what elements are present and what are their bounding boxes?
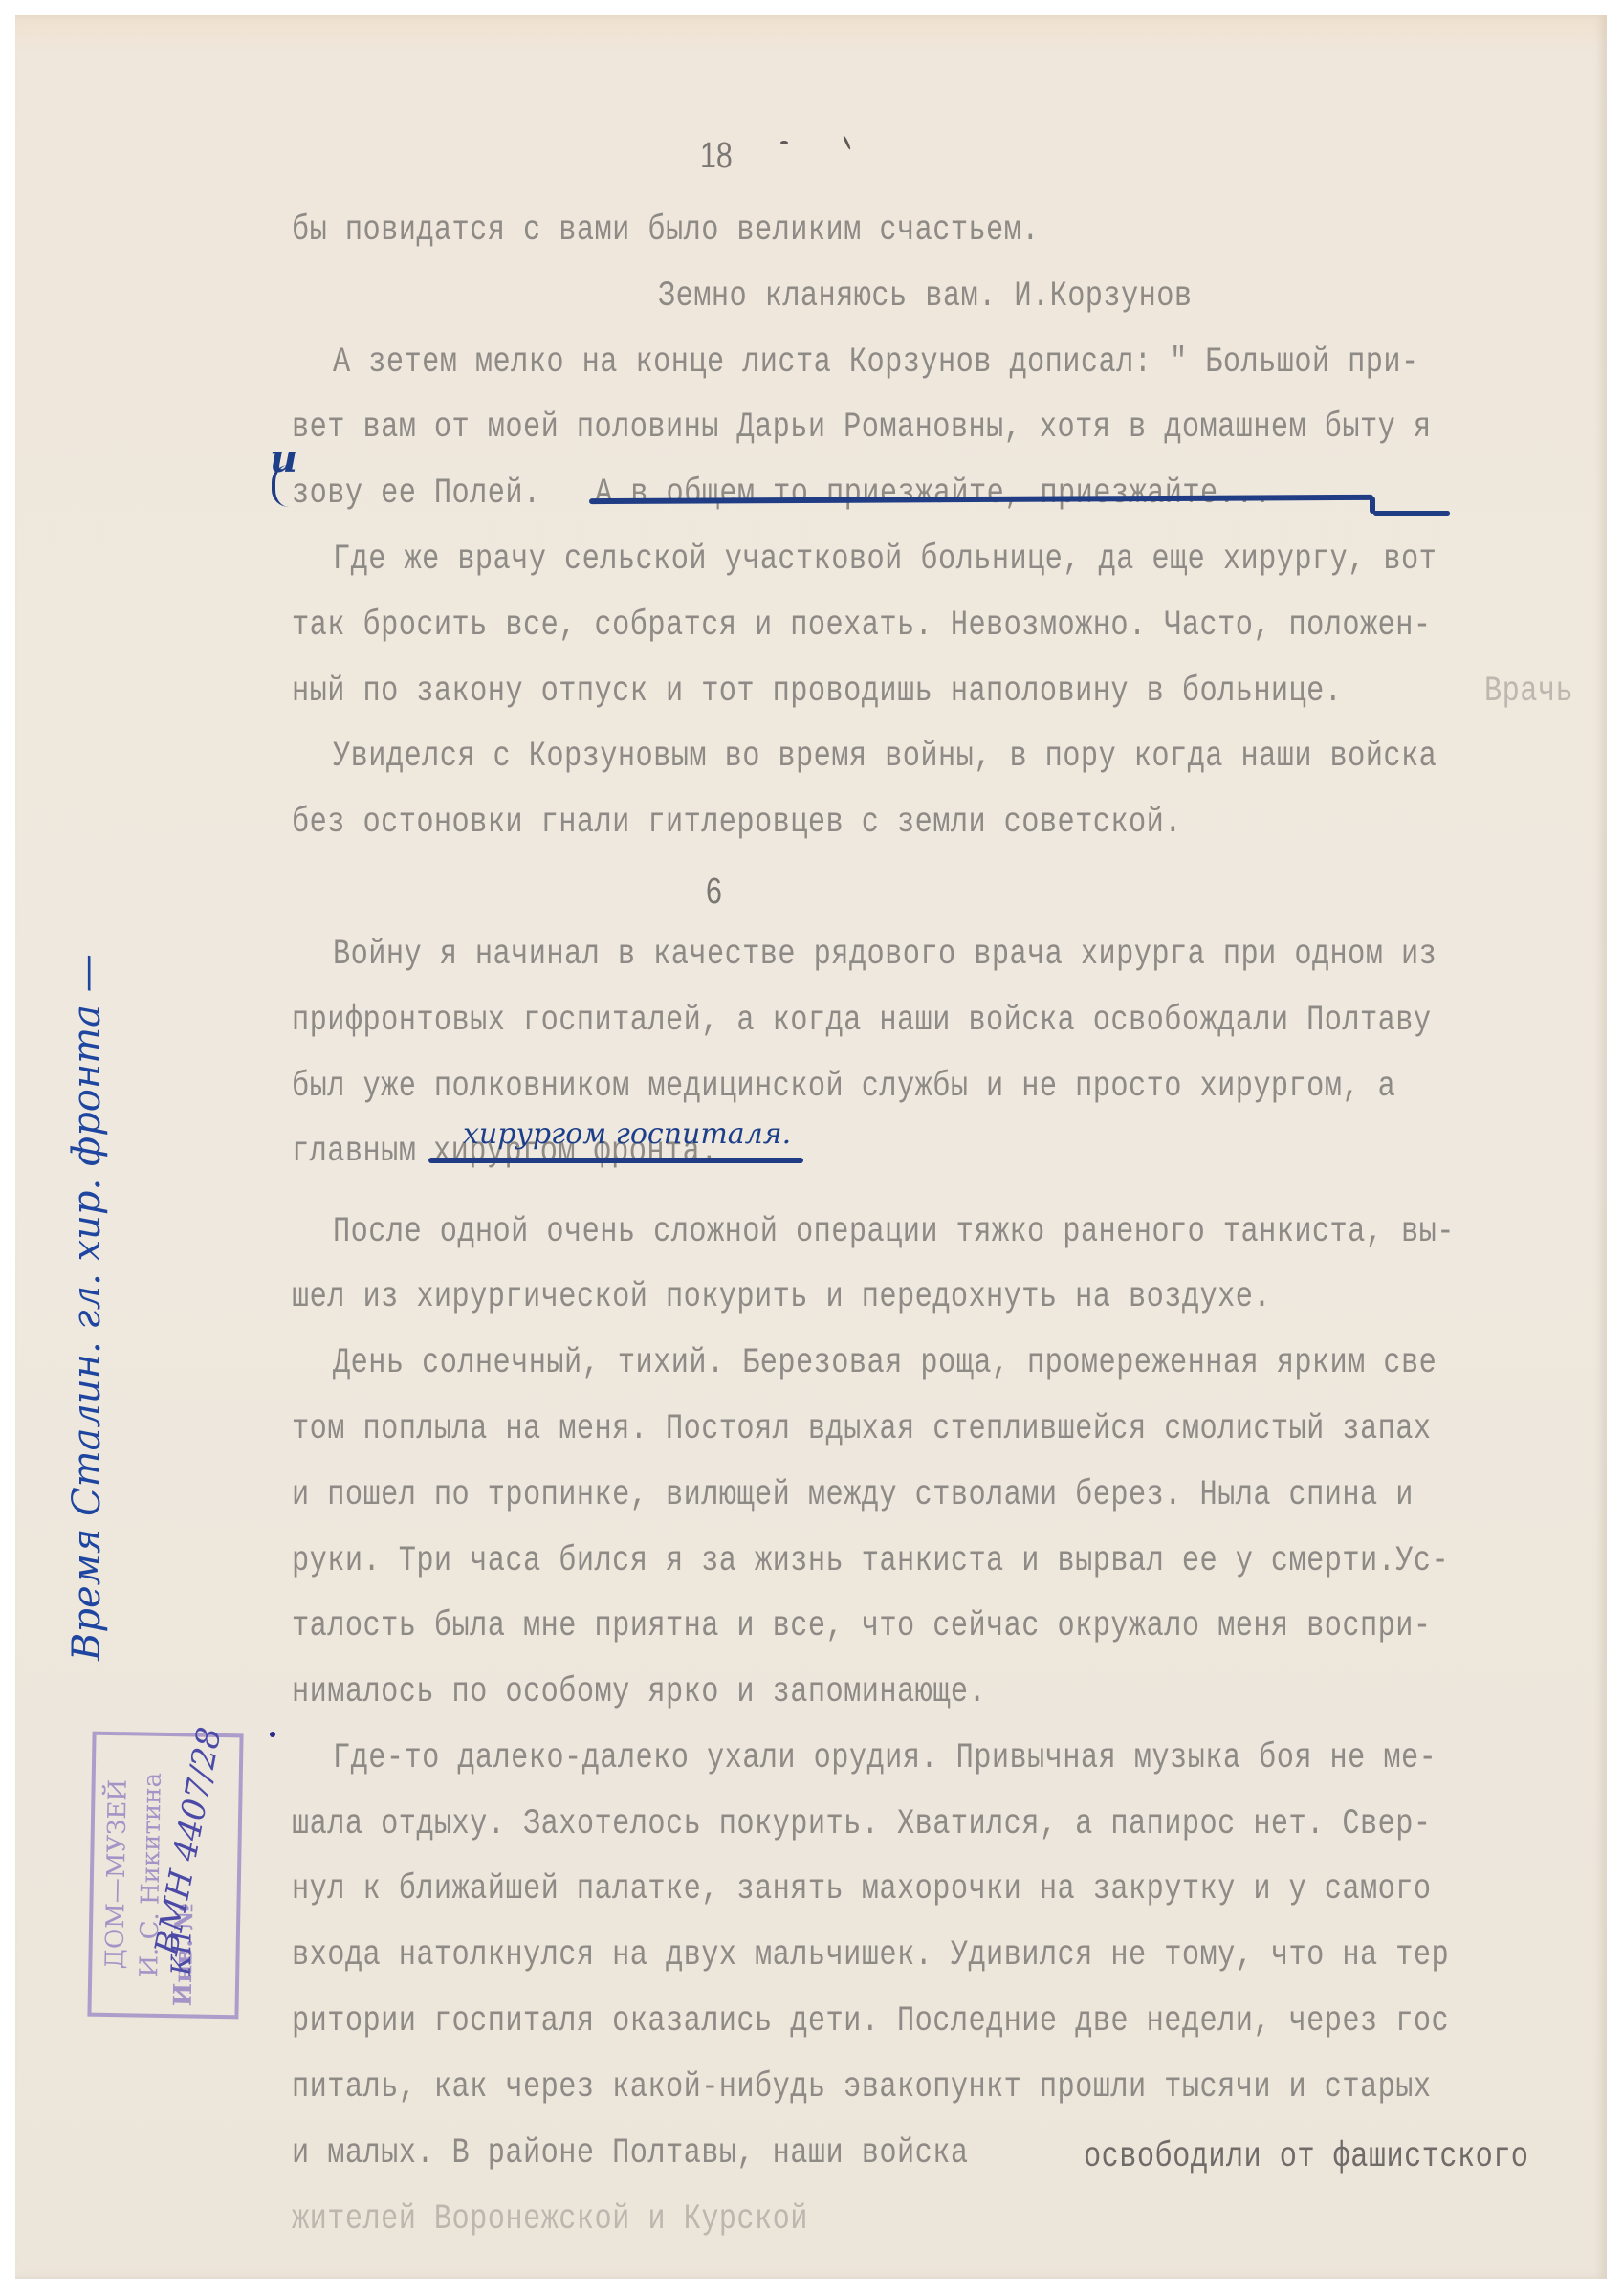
ink-strikethrough-tail	[1373, 511, 1450, 516]
overtyped-text: освободили от фашистского	[1084, 2140, 1528, 2175]
paper-speck	[780, 141, 788, 144]
faded-typed-line: жителей Воронежской и Курской	[292, 2202, 808, 2238]
struck-typed-text: А в общем то приезжайте, приезжайте...	[595, 476, 1271, 512]
document-page: 18 бы повидатся с вами было великим счас…	[15, 15, 1607, 2279]
typed-line: главным	[292, 1135, 416, 1170]
typed-line: талость была мне приятна и все, что сейч…	[292, 1609, 1431, 1645]
typed-line: нималось по особому ярко и запоминающе.	[292, 1675, 986, 1711]
typed-line: руки. Три часа бился я за жизнь танкиста…	[292, 1544, 1449, 1579]
typed-line: и малых. В районе Полтавы, наши войска	[292, 2136, 968, 2172]
typed-line: Где-то далеко-далеко ухали орудия. Привы…	[333, 1741, 1437, 1777]
paper-speck	[270, 1732, 275, 1737]
typed-line: прифронтовых госпиталей, а когда наши во…	[292, 1004, 1431, 1039]
typed-line: бы повидатся с вами было великим счастье…	[292, 213, 1040, 249]
typed-line: был уже полковником медицинской службы и…	[292, 1070, 1395, 1105]
signature-line: Земно кланяюсь вам. И.Корзунов	[658, 279, 1193, 315]
typed-line: День солнечный, тихий. Березовая роща, п…	[333, 1346, 1437, 1381]
typed-line: шала отдыху. Захотелось покурить. Хватил…	[292, 1807, 1431, 1843]
paper-speck	[843, 135, 851, 150]
ink-bracket	[272, 465, 293, 507]
typed-line: Увиделся с Корзуновым во время войны, в …	[333, 740, 1437, 775]
section-number: 6	[706, 872, 722, 913]
margin-handwritten-note: Время Сталин. гл. хир. фронта —	[65, 954, 109, 1661]
typed-line: ритории госпиталя оказались дети. Послед…	[292, 2004, 1449, 2040]
faded-typed-word: Врачь	[1484, 674, 1573, 710]
ink-strikethrough	[428, 1158, 803, 1163]
typed-line: нул к ближайшей палатке, занять махорочк…	[292, 1872, 1431, 1908]
typed-line: без остоновки гнали гитлеровцев с земли …	[292, 806, 1182, 841]
page-number: 18	[700, 136, 733, 177]
typed-line: ный по закону отпуск и тот проводишь нап…	[292, 674, 1342, 710]
museum-stamp: ДОМ—МУЗЕЙ И. С. Никитина Инв. № КП ВМН 4…	[87, 1732, 243, 2020]
typed-line: и пошел по тропинке, вилющей между ствол…	[292, 1478, 1414, 1513]
typed-line: питаль, как через какой-нибудь эвакопунк…	[292, 2070, 1431, 2106]
typed-line: вет вам от моей половины Дарьи Романовны…	[292, 410, 1431, 446]
typed-line: шел из хирургической покурить и передохн…	[292, 1280, 1271, 1315]
typed-line: А зетем мелко на конце листа Корзунов до…	[333, 345, 1419, 381]
typed-line: зову ее Полей.	[292, 476, 541, 512]
typed-line: После одной очень сложной операции тяжко…	[333, 1215, 1455, 1250]
typed-line: входа натолкнулся на двух мальчишек. Уди…	[292, 1938, 1449, 1974]
typed-line: Войну я начинал в качестве рядового врач…	[333, 938, 1437, 973]
typed-line: том поплыла на меня. Постоял вдыхая степ…	[292, 1412, 1431, 1447]
stamp-line-museum: ДОМ—МУЗЕЙ	[97, 1735, 136, 2014]
typed-line: Где же врачу сельской участковой больниц…	[333, 542, 1437, 578]
typed-line: так бросить все, собратся и поехать. Нев…	[292, 608, 1431, 644]
handwritten-correction: хирургом госпиталя.	[463, 1117, 791, 1151]
